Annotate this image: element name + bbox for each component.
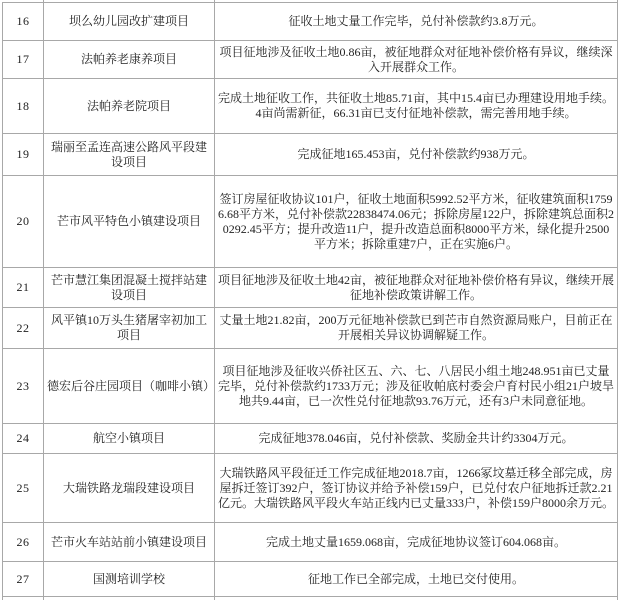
row-number: 27 bbox=[3, 562, 44, 597]
row-number: 26 bbox=[3, 523, 44, 562]
status-text: 征地工作已全部完成，土地已交付使用。 bbox=[215, 562, 618, 597]
table-row: 24 航空小镇项目 完成征地378.046亩，兑付补偿款、奖励金共计约3304万… bbox=[3, 424, 618, 454]
project-name: 瑞丽至孟连高速公路风平段建设项目 bbox=[44, 134, 215, 176]
document-page: 16 坝么幼儿园改扩建项目 征收土地丈量工作完毕，兑付补偿款约3.8万元。 17… bbox=[0, 0, 627, 600]
row-number: 22 bbox=[3, 308, 44, 349]
project-name: 坝么幼儿园改扩建项目 bbox=[44, 3, 215, 41]
project-name: 德宏后谷庄园项目（咖啡小镇） bbox=[44, 349, 215, 424]
project-name: 航空小镇项目 bbox=[44, 424, 215, 454]
table-row: 25 大瑞铁路龙瑞段建设项目 大瑞铁路风平段征迁工作完成征地2018.7亩，12… bbox=[3, 454, 618, 523]
status-text: 完成征地165.453亩，兑付补偿款约938万元。 bbox=[215, 134, 618, 176]
status-text: 丈量土地21.82亩，200万元征地补偿款已到芒市自然资源局账户，目前正在开展相… bbox=[215, 308, 618, 349]
table-row: 18 法帕养老院项目 完成土地征收工作，共征收土地85.71亩，其中15.4亩已… bbox=[3, 79, 618, 134]
row-number: 24 bbox=[3, 424, 44, 454]
row-number: 16 bbox=[3, 3, 44, 41]
project-name: 芒市慧江集团混凝土搅拌站建设项目 bbox=[44, 268, 215, 308]
table-row: 21 芒市慧江集团混凝土搅拌站建设项目 项目征地涉及征收土地42亩，被征地群众对… bbox=[3, 268, 618, 308]
status-text: 项目征地涉及征收兴侨社区五、六、七、八居民小组土地248.951亩已丈量完毕，兑… bbox=[215, 349, 618, 424]
row-number: 17 bbox=[3, 41, 44, 79]
row-number: 19 bbox=[3, 134, 44, 176]
project-name: 风平镇10万头生猪屠宰初加工项目 bbox=[44, 308, 215, 349]
project-name: 法帕养老康养项目 bbox=[44, 41, 215, 79]
status-text: 征收土地丈量工作完毕，兑付补偿款约3.8万元。 bbox=[215, 3, 618, 41]
row-number: 21 bbox=[3, 268, 44, 308]
project-name: 法帕养老院项目 bbox=[44, 79, 215, 134]
status-text: 完成土地征收工作，共征收土地85.71亩，其中15.4亩已办理建设用地手续。4亩… bbox=[215, 79, 618, 134]
project-name: 大瑞铁路龙瑞段建设项目 bbox=[44, 454, 215, 523]
table-row: 23 德宏后谷庄园项目（咖啡小镇） 项目征地涉及征收兴侨社区五、六、七、八居民小… bbox=[3, 349, 618, 424]
table-row: 17 法帕养老康养项目 项目征地涉及征收土地0.86亩，被征地群众对征地补偿价格… bbox=[3, 41, 618, 79]
status-text: 完成征地378.046亩，兑付补偿款、奖励金共计约3304万元。 bbox=[215, 424, 618, 454]
table-row: 22 风平镇10万头生猪屠宰初加工项目 丈量土地21.82亩，200万元征地补偿… bbox=[3, 308, 618, 349]
table-row: 16 坝么幼儿园改扩建项目 征收土地丈量工作完毕，兑付补偿款约3.8万元。 bbox=[3, 3, 618, 41]
status-text: 大瑞铁路风平段征迁工作完成征地2018.7亩，1266冢坟墓迁移全部完成，房屋拆… bbox=[215, 454, 618, 523]
project-name: 芒市火车站站前小镇建设项目 bbox=[44, 523, 215, 562]
row-number: 23 bbox=[3, 349, 44, 424]
project-name: 芒市风平特色小镇建设项目 bbox=[44, 176, 215, 268]
projects-table-body: 16 坝么幼儿园改扩建项目 征收土地丈量工作完毕，兑付补偿款约3.8万元。 17… bbox=[3, 3, 618, 597]
row-number: 20 bbox=[3, 176, 44, 268]
status-text: 完成土地丈量1659.068亩，完成征地协议签订604.068亩。 bbox=[215, 523, 618, 562]
project-name: 国测培训学校 bbox=[44, 562, 215, 597]
status-text: 项目征地涉及征收土地0.86亩，被征地群众对征地补偿价格有异议，继续深入开展群众… bbox=[215, 41, 618, 79]
row-number: 18 bbox=[3, 79, 44, 134]
status-text: 项目征地涉及征收土地42亩，被征地群众对征地补偿价格有异议，继续开展征地补偿政策… bbox=[215, 268, 618, 308]
table-row: 26 芒市火车站站前小镇建设项目 完成土地丈量1659.068亩，完成征地协议签… bbox=[3, 523, 618, 562]
projects-status-table: 16 坝么幼儿园改扩建项目 征收土地丈量工作完毕，兑付补偿款约3.8万元。 17… bbox=[2, 2, 618, 597]
table-row: 27 国测培训学校 征地工作已全部完成，土地已交付使用。 bbox=[3, 562, 618, 597]
table-row: 19 瑞丽至孟连高速公路风平段建设项目 完成征地165.453亩，兑付补偿款约9… bbox=[3, 134, 618, 176]
row-number: 25 bbox=[3, 454, 44, 523]
status-text: 签订房屋征收协议101户，征收土地面积5992.52平方米，征收建筑面积1759… bbox=[215, 176, 618, 268]
table-row: 20 芒市风平特色小镇建设项目 签订房屋征收协议101户，征收土地面积5992.… bbox=[3, 176, 618, 268]
